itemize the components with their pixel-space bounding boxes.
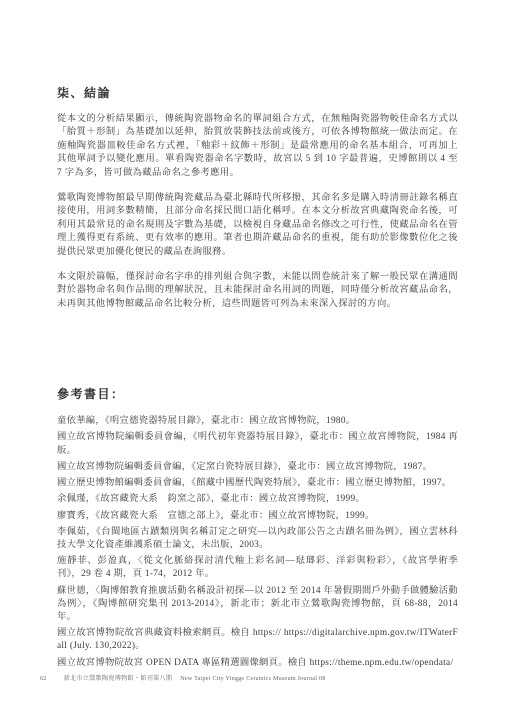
reference-item: 國立故宮博物院編輯委員會編，《定窯白瓷特展目錄》，臺北市：國立故宮博物院，198… bbox=[57, 461, 458, 474]
reference-item: 李佩茹，《台閩地區古蹟類別與名稱訂定之研究—以內政部公告之古蹟名冊為例》，國立雲… bbox=[57, 526, 458, 552]
journal-page: 柒、結論 從本文的分析結果顯示，傳統陶瓷器物命名的單詞組合方式，在無釉陶瓷器物較… bbox=[0, 0, 512, 724]
reference-item: 國立歷史博物館編輯委員會編，《館藏中國歷代陶瓷特展》，臺北市：國立歷史博物館，1… bbox=[57, 477, 458, 490]
page-footer: 62 新北市立鶯歌陶瓷博物館・館刊第八期 New Taipei City Yin… bbox=[40, 673, 326, 682]
conclusion-section-heading: 柒、結論 bbox=[57, 84, 458, 101]
page-content: 柒、結論 從本文的分析結果顯示，傳統陶瓷器物命名的單詞組合方式，在無釉陶瓷器物較… bbox=[57, 84, 458, 673]
reference-item: 國立故宮博物院故宮典藏資料檢索網頁。檢自 https:// https://di… bbox=[57, 627, 458, 653]
journal-title-en: New Taipei City Yingge Ceramics Museum J… bbox=[180, 675, 325, 682]
conclusion-paragraph-1: 從本文的分析結果顯示，傳統陶瓷器物命名的單詞組合方式，在無釉陶瓷器物較佳命名方式… bbox=[57, 113, 458, 180]
reference-item: 國立故宮博物院編輯委員會編，《明代初年瓷器特展目錄》，臺北市：國立故宮博物院，1… bbox=[57, 431, 458, 457]
reference-item: 余佩瑾，《故宮藏瓷大系 鈞窯之部》，臺北市：國立故宮博物院，1999。 bbox=[57, 493, 458, 506]
reference-item: 施靜菲、彭盈真，〈從文化脈絡探討清代釉上彩名詞—琺瑯彩、洋彩與粉彩〉，《故宮學術… bbox=[57, 555, 458, 581]
conclusion-paragraph-3: 本文限於篇幅，僅探討命名字串的排列組合與字數，未能以問卷統計來了解一般民眾在溝通… bbox=[57, 271, 458, 311]
page-number: 62 bbox=[40, 675, 47, 682]
reference-list: 童依華編，《明宣德瓷器特展目錄》，臺北市：國立故宮博物院，1980。 國立故宮博… bbox=[57, 415, 458, 669]
conclusion-paragraph-2: 鶯歌陶瓷博物館最早期傳統陶瓷藏品為臺北縣時代所移撥，其命名多是購入時清冊註錄名稱… bbox=[57, 192, 458, 259]
reference-item: 廖寶秀，《故宮藏瓷大系 宣德之部上》，臺北市：國立故宮博物院，1999。 bbox=[57, 510, 458, 523]
reference-item: 蘇世德，〈陶博館教育推廣活動名稱設計初探—以 2012 至 2014 年暑假期間… bbox=[57, 585, 458, 625]
journal-title-zh: 新北市立鶯歌陶瓷博物館・館刊第八期 bbox=[64, 673, 173, 682]
reference-item: 國立故宮博物院故宮 OPEN DATA 專區精選圖像網頁。檢自 https://… bbox=[57, 657, 458, 670]
references-section-heading: 參考書目： bbox=[57, 385, 458, 402]
reference-item: 童依華編，《明宣德瓷器特展目錄》，臺北市：國立故宮博物院，1980。 bbox=[57, 415, 458, 428]
